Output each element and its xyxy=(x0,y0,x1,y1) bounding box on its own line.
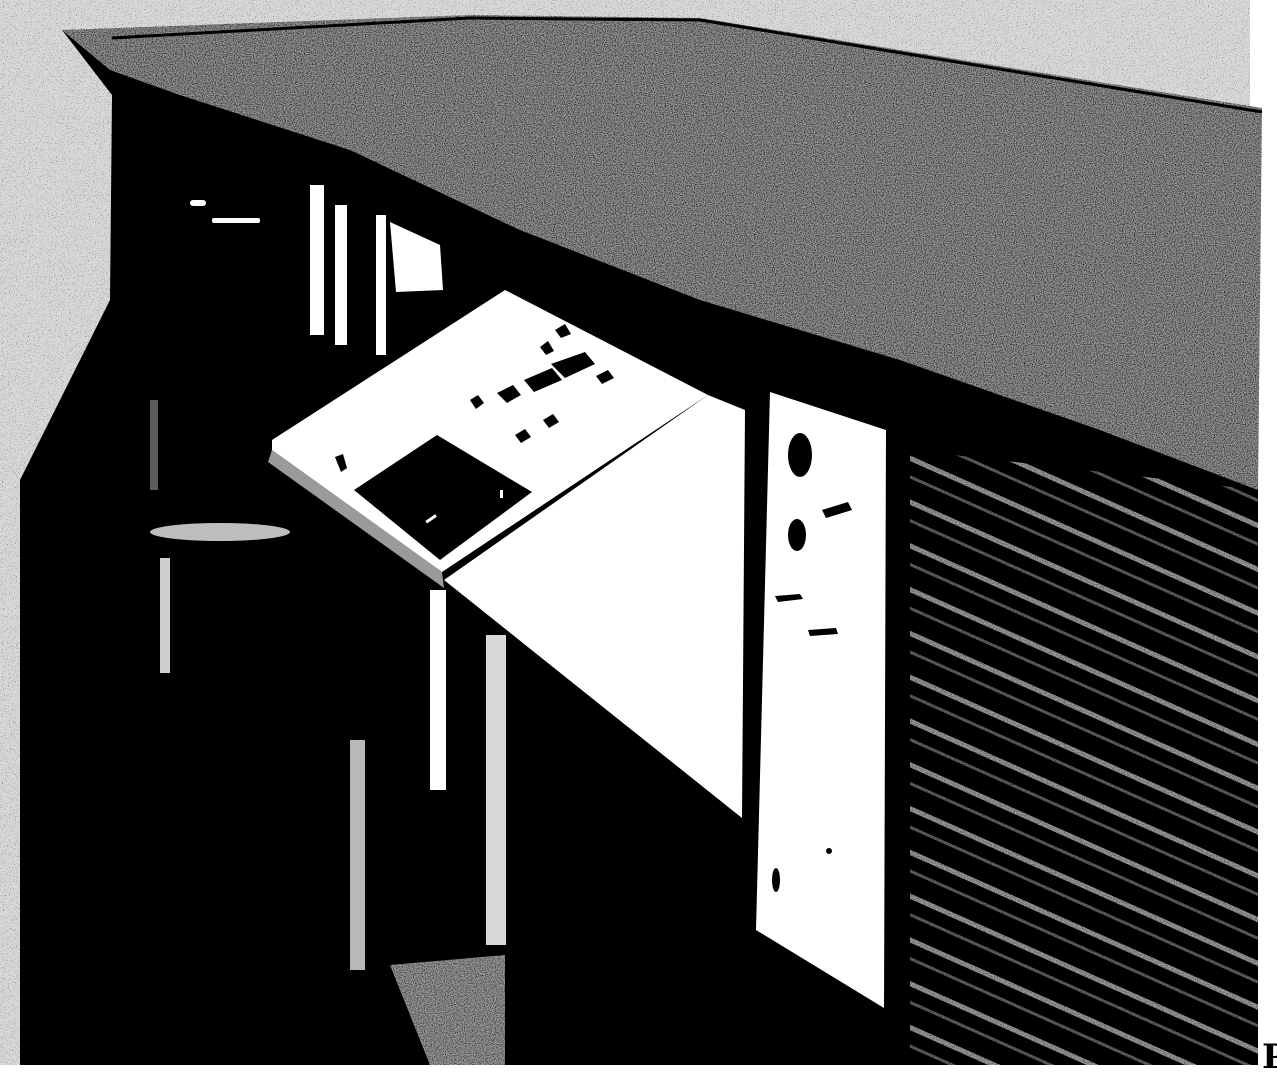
support-post xyxy=(430,590,446,790)
support-post xyxy=(486,635,506,945)
slat xyxy=(376,215,386,355)
stool-leg xyxy=(160,558,170,673)
slat xyxy=(310,185,324,335)
stool-seat xyxy=(150,523,290,541)
console-photograph xyxy=(0,0,1277,1089)
slat xyxy=(335,205,347,345)
knob xyxy=(788,519,806,551)
margin-caption-letter: P xyxy=(1262,1040,1277,1074)
knob xyxy=(788,433,812,477)
vertical-knob-panel xyxy=(756,392,886,1008)
